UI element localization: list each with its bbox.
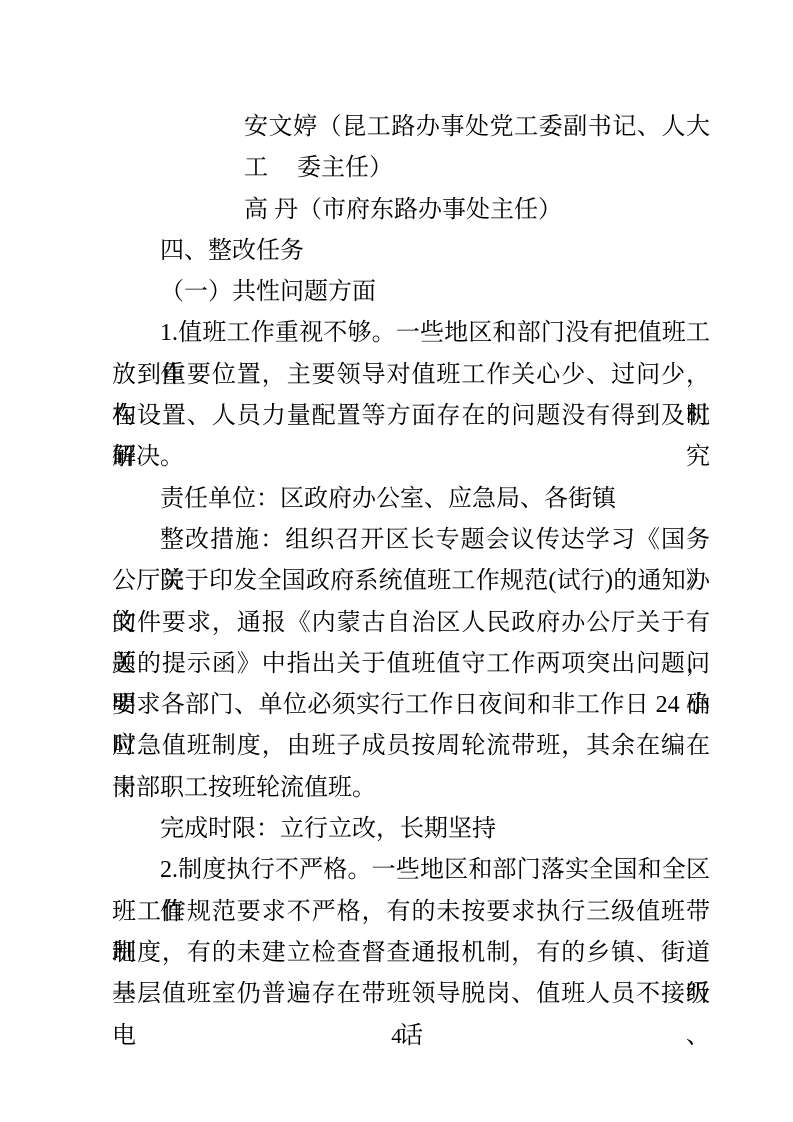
text-line: 题的提示函》中指出关于值班值守工作两项突出问题，明确 bbox=[112, 644, 710, 685]
text-line: 公厅关于印发全国政府系统值班工作规范(试行)的通知》的 bbox=[112, 561, 710, 602]
text-line: 整改措施：组织召开区长专题会议传达学习《国务院办 bbox=[112, 520, 710, 561]
document-body: 安文婷（昆工路办事处党工委副书记、人大工委主任）高 丹（市府东路办事处主任）四、… bbox=[112, 107, 710, 1016]
text-line: 基层值班室仍普遍存在带班领导脱岗、值班人员不接听电话、 bbox=[112, 974, 710, 1015]
text-line: 四、整改任务 bbox=[112, 231, 710, 272]
text-line: 放到重要位置，主要领导对值班工作关心少、过问少，在机 bbox=[112, 355, 710, 396]
text-line: 班工作规范要求不严格，有的未按要求执行三级值班带班 bbox=[112, 892, 710, 933]
text-line: 要求各部门、单位必须实行工作日夜间和非工作日 24 小时 bbox=[112, 685, 710, 726]
text-line: 高 丹（市府东路办事处主任） bbox=[112, 190, 710, 231]
text-line: 1.值班工作重视不够。一些地区和部门没有把值班工作 bbox=[112, 313, 710, 354]
text-line: 责任单位：区政府办公室、应急局、各街镇 bbox=[112, 479, 710, 520]
text-line: 2.制度执行不严格。一些地区和部门落实全国和全区值 bbox=[112, 850, 710, 891]
text-line: 制度，有的未建立检查督查通报机制，有的乡镇、街道一级 bbox=[112, 933, 710, 974]
text-line: （一）共性问题方面 bbox=[112, 272, 710, 313]
text-line: 委主任） bbox=[112, 148, 710, 189]
text-line: 安文婷（昆工路办事处党工委副书记、人大工 bbox=[112, 107, 710, 148]
text-line: 文件要求，通报《内蒙古自治区人民政府办公厅关于有关问 bbox=[112, 603, 710, 644]
text-line: 应急值班制度，由班子成员按周轮流带班，其余在编在岗 bbox=[112, 726, 710, 767]
text-line: 干部职工按班轮流值班。 bbox=[112, 768, 710, 809]
document-page: 安文婷（昆工路办事处党工委副书记、人大工委主任）高 丹（市府东路办事处主任）四、… bbox=[0, 0, 793, 1122]
text-line: 完成时限：立行立改，长期坚持 bbox=[112, 809, 710, 850]
page-number: 4 bbox=[0, 1022, 793, 1050]
text-line: 构设置、人员力量配置等方面存在的问题没有得到及时研究 bbox=[112, 396, 710, 437]
